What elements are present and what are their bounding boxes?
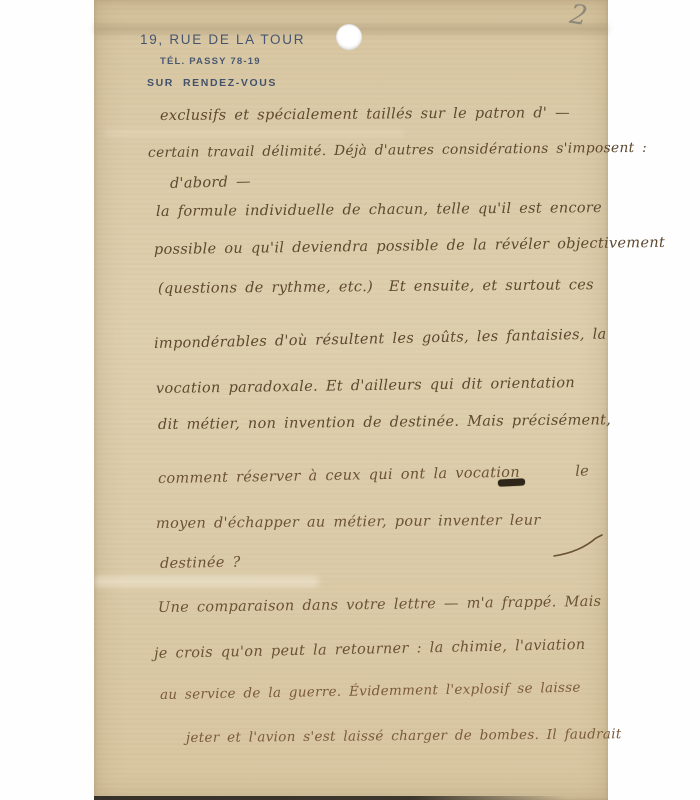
letterhead-address: 19, RUE DE LA TOUR <box>140 32 305 47</box>
manuscript-line: je crois qu'on peut la retourner : la ch… <box>154 637 586 662</box>
manuscript-line: dit métier, non invention de destinée. M… <box>158 412 611 433</box>
manuscript-line: certain travail délimité. Déjà d'autres … <box>148 140 647 161</box>
manuscript-line: possible ou qu'il deviendra possible de … <box>154 235 665 258</box>
manuscript-line: au service de la guerre. Évidemment l'ex… <box>160 680 581 703</box>
letterhead-phone: TÉL. PASSY 78-19 <box>160 56 261 67</box>
paper-streak <box>104 130 404 136</box>
manuscript-line: Une comparaison dans votre lettre — m'a … <box>158 594 602 616</box>
paper-streak <box>94 576 319 587</box>
letter-paper: 19, RUE DE LA TOUR TÉL. PASSY 78-19 SUR … <box>94 0 608 800</box>
manuscript-line: exclusifs et spécialement taillés sur le… <box>160 105 570 124</box>
punch-hole <box>336 24 362 50</box>
letterhead-appointment: SUR RENDEZ-VOUS <box>147 77 277 89</box>
manuscript-line: moyen d'échapper au métier, pour invente… <box>156 513 541 532</box>
crossed-out-word <box>498 478 525 486</box>
pen-flourish <box>552 534 606 558</box>
manuscript-line: (questions de rythme, etc.) Et ensuite, … <box>158 277 594 297</box>
manuscript-line: destinée ? <box>160 555 241 572</box>
scan-bottom-edge <box>94 796 608 800</box>
scanned-letter-page: 19, RUE DE LA TOUR TÉL. PASSY 78-19 SUR … <box>0 0 700 800</box>
manuscript-line: la formule individuelle de chacun, telle… <box>156 200 602 220</box>
manuscript-line: d'abord — <box>170 174 251 192</box>
manuscript-line: jeter et l'avion s'est laissé charger de… <box>186 726 622 746</box>
manuscript-line: vocation paradoxale. Et d'ailleurs qui d… <box>156 375 575 397</box>
manuscript-line: impondérables d'où résultent les goûts, … <box>154 327 607 352</box>
